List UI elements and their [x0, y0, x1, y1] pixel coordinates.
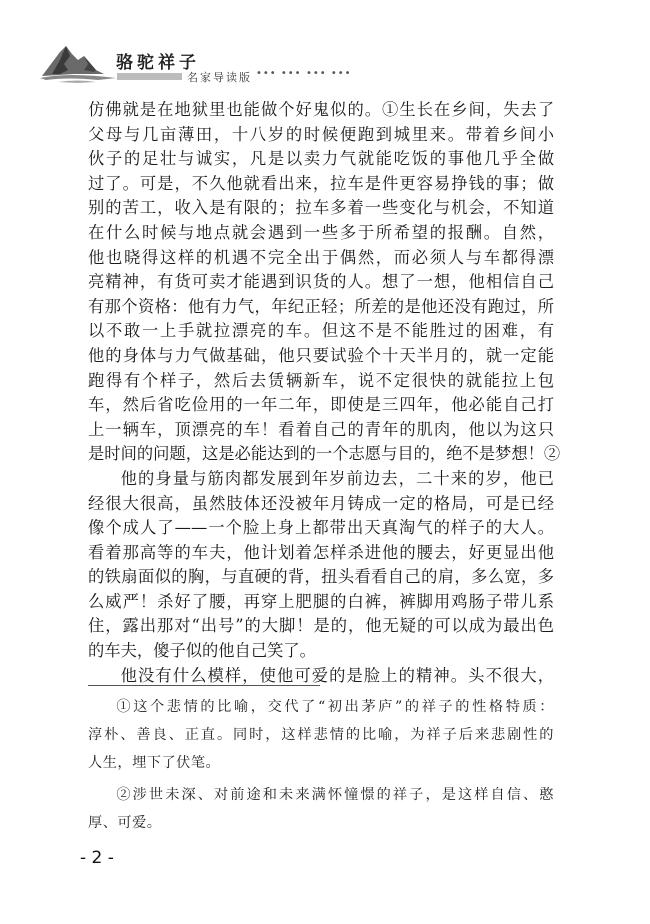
text-line: 么威严！杀好了腰，再穿上肥腿的白裤，裤脚用鸡肠子带儿系: [88, 590, 554, 615]
footnote-line: ①这个悲情的比喻，交代了“初出茅庐”的祥子的性格特质：: [88, 693, 554, 721]
text-line: 他的身量与筋肉都发展到年岁前边去，二十来的岁，他已: [88, 467, 554, 492]
text-line: 的铁扇面似的胸，与直硬的背，扭头看看自己的肩，多么宽，多: [88, 565, 554, 590]
text-line: 以不敢一上手就拉漂亮的车。但这不是不能胜过的困难，有: [88, 319, 554, 344]
footnote-line: 淳朴、善良、正直。同时，这样悲情的比喻，为祥子后来悲剧性的: [88, 721, 554, 749]
footnote-line: ②涉世未深、对前途和未来满怀憧憬的祥子，是这样自信、憨: [88, 781, 554, 809]
footnote-2: ②涉世未深、对前途和未来满怀憧憬的祥子，是这样自信、憨 厚、可爱。: [88, 781, 554, 837]
text-line: 他的身体与力气做基础，他只要试验个十天半月的，就一定能: [88, 344, 554, 369]
edition-label: 名家导读版: [187, 69, 252, 85]
text-line: 在什么时候与地点就会遇到一些多于所希望的报酬。自然，: [88, 221, 554, 246]
text-line: 他也晓得这样的机遇不完全出于偶然，而必须人与车都得漂: [88, 246, 554, 271]
title-underline-bar: [117, 73, 182, 80]
text-line: 伙子的足壮与诚实，凡是以卖力气就能吃饭的事他几乎全做: [88, 147, 554, 172]
footnotes: ①这个悲情的比喻，交代了“初出茅庐”的祥子的性格特质： 淳朴、善良、正直。同时，…: [88, 693, 554, 837]
text-line: 的车夫，傻子似的他自己笑了。: [88, 639, 554, 664]
paragraph: 他的身量与筋肉都发展到年岁前边去，二十来的岁，他已 经很大很高，虽然肢体还没被年…: [88, 467, 554, 664]
mountain-logo-icon: [38, 40, 118, 84]
text-line: 像个成人了——一个脸上身上都带出天真淘气的样子的大人。: [88, 516, 554, 541]
text-line: 跑得有个样子，然后去赁辆新车，说不定很快的就能拉上包: [88, 369, 554, 394]
text-line: 亮精神，有货可卖才能遇到识货的人。想了一想，他相信自己: [88, 270, 554, 295]
footnote-1: ①这个悲情的比喻，交代了“初出茅庐”的祥子的性格特质： 淳朴、善良、正直。同时，…: [88, 693, 554, 777]
text-line: 上一辆车，顶漂亮的车！看着自己的青年的肌肉，他以为这只: [88, 418, 554, 443]
text-line: 仿佛就是在地狱里也能做个好鬼似的。①生长在乡间，失去了: [88, 98, 554, 123]
header-dots: ••• •••: [306, 68, 352, 79]
text-line: 过了。可是，不久他就看出来，拉车是件更容易挣钱的事；做: [88, 172, 554, 197]
main-text: 仿佛就是在地狱里也能做个好鬼似的。①生长在乡间，失去了 父母与几亩薄田，十八岁的…: [88, 98, 554, 688]
text-line: 车，然后省吃俭用的一年二年，即使是三四年，他必能自己打: [88, 393, 554, 418]
text-line: 经很大很高，虽然肢体还没被年月铸成一定的格局，可是已经: [88, 492, 554, 517]
header-dots: ••• •••: [256, 68, 302, 79]
footnote-line: 厚、可爱。: [88, 809, 554, 837]
text-line: 别的苦工，收入是有限的；拉车多着一些变化与机会，不知道: [88, 196, 554, 221]
text-line: 是时间的问题，这是必能达到的一个志愿与目的，绝不是梦想！②: [88, 442, 554, 467]
footnote-line: 人生，埋下了伏笔。: [88, 749, 554, 777]
page-number: - 2 -: [80, 848, 114, 868]
paragraph: 仿佛就是在地狱里也能做个好鬼似的。①生长在乡间，失去了 父母与几亩薄田，十八岁的…: [88, 98, 554, 467]
text-line: 父母与几亩薄田，十八岁的时候便跑到城里来。带着乡间小: [88, 123, 554, 148]
footnote-divider: [88, 685, 320, 686]
text-line: 看着那高等的车夫，他计划着怎样杀进他的腰去，好更显出他: [88, 541, 554, 566]
running-header: 骆驼祥子 名家导读版 ••• ••• ••• •••: [38, 40, 358, 90]
text-line: 有那个资格：他有力气，年纪正轻；所差的是他还没有跑过，所: [88, 295, 554, 320]
text-line: 住，露出那对“出号”的大脚！是的，他无疑的可以成为最出色: [88, 614, 554, 639]
